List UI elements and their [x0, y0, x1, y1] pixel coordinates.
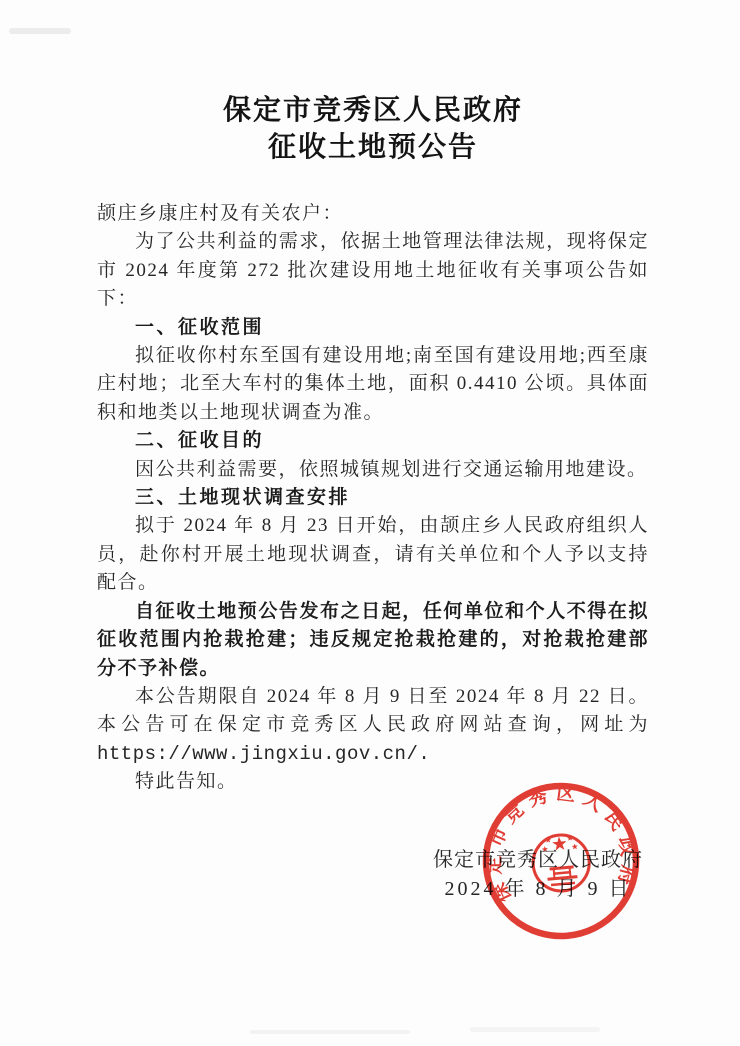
salutation: 颉庄乡康庄村及有关农户： — [97, 200, 649, 228]
paragraph-survey: 拟于 2024 年 8 月 23 日开始，由颉庄乡人民政府组织人员，赴你村开展土… — [97, 512, 649, 597]
emblem-star-large — [553, 838, 565, 850]
document-body: 颉庄乡康庄村及有关农户： 为了公共利益的需求，依据土地管理法律法规，现将保定市 … — [97, 200, 649, 797]
scan-artifact — [470, 1027, 600, 1032]
scan-artifact — [250, 1030, 410, 1034]
emblem-gate — [547, 867, 578, 886]
announcement-document: 保定市竞秀区人民政府 征收土地预公告 颉庄乡康庄村及有关农户： 为了公共利益的需… — [97, 92, 649, 797]
emblem-star-small — [572, 844, 578, 849]
national-emblem-icon — [531, 833, 592, 894]
emblem-star-small — [542, 846, 548, 851]
scan-artifact — [9, 28, 71, 34]
document-title: 保定市竞秀区人民政府 征收土地预公告 — [97, 92, 649, 166]
section-heading-scope: 一、征收范围 — [97, 314, 649, 342]
paragraph-period: 本公告期限自 2024 年 8 月 9 日至 2024 年 8 月 22 日。本… — [97, 683, 649, 768]
title-line-1: 保定市竞秀区人民政府 — [97, 92, 649, 129]
section-heading-purpose: 二、征收目的 — [97, 427, 649, 455]
section-heading-survey: 三、土地现状调查安排 — [97, 484, 649, 512]
paragraph-purpose: 因公共利益需要，依照城镇规划进行交通运输用地建设。 — [97, 456, 649, 484]
paragraph-intro: 为了公共利益的需求，依据土地管理法律法规，现将保定市 2024 年度第 272 … — [97, 228, 649, 313]
seal-graphics: 保定市竞秀区人民政府 — [475, 774, 647, 942]
scanned-document-page: 保定市竞秀区人民政府 征收土地预公告 颉庄乡康庄村及有关农户： 为了公共利益的需… — [0, 0, 740, 1046]
paragraph-period-text: 本公告期限自 2024 年 8 月 9 日至 2024 年 8 月 22 日。本… — [97, 686, 649, 735]
website-url: https://www.jingxiu.gov.cn/. — [97, 743, 430, 765]
paragraph-warning: 自征收土地预公告发布之日起，任何单位和个人不得在拟征收范围内抢栽抢建；违反规定抢… — [97, 598, 649, 683]
title-line-2: 征收土地预公告 — [97, 129, 649, 166]
paragraph-scope: 拟征收你村东至国有建设用地;南至国有建设用地;西至康庄村地；北至大车村的集体土地… — [97, 342, 649, 427]
official-seal: 保定市竞秀区人民政府 — [471, 771, 651, 951]
